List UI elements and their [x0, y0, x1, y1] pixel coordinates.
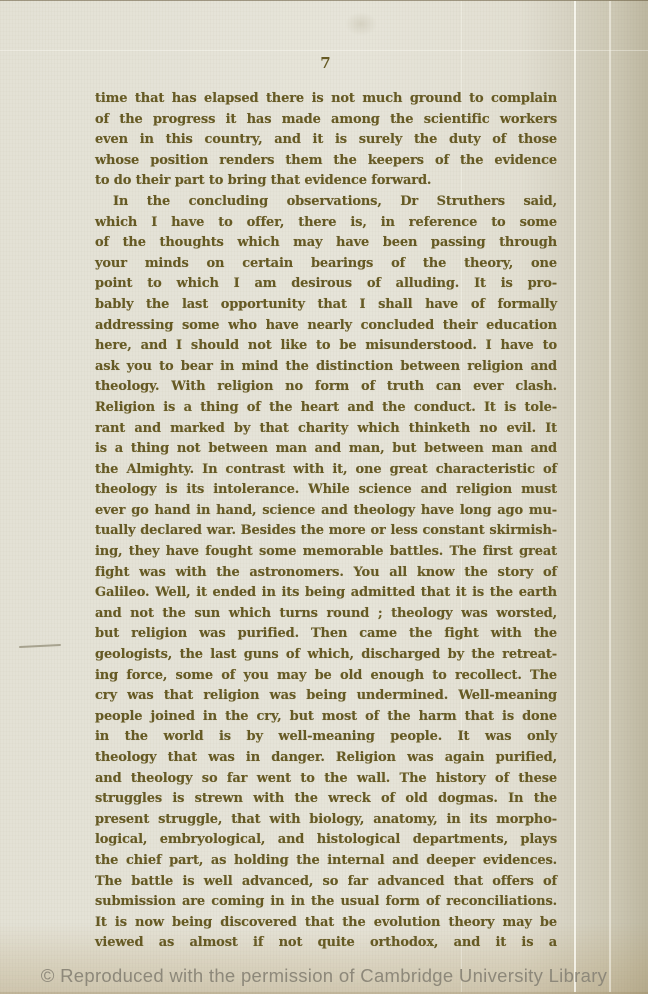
body-text: time that has elapsed there is not much …: [95, 89, 557, 954]
text-line: and theology so far went to the wall. Th…: [95, 769, 557, 790]
text-line: even in this country, and it is surely t…: [95, 130, 557, 151]
paper-smudge: [338, 7, 384, 41]
text-line: Galileo. Well, it ended in its being adm…: [95, 583, 557, 604]
text-line: point to which I am desirous of alluding…: [95, 274, 557, 295]
text-line: tually declared war. Besides the more or…: [95, 521, 557, 542]
text-line: geologists, the last guns of which, disc…: [95, 645, 557, 666]
text-line: It is now being discovered that the evol…: [95, 913, 557, 934]
text-line: people joined in the cry, but most of th…: [95, 707, 557, 728]
text-line: which I have to offer, there is, in refe…: [95, 213, 557, 234]
text-line: of the progress it has made among the sc…: [95, 110, 557, 131]
text-line: of the thoughts which may have been pass…: [95, 233, 557, 254]
text-line: struggles is strewn with the wreck of ol…: [95, 789, 557, 810]
text-line: The battle is well advanced, so far adva…: [95, 872, 557, 893]
text-line: the Almighty. In contrast with it, one g…: [95, 460, 557, 481]
text-line: submission are coming in in the usual fo…: [95, 892, 557, 913]
text-line: In the concluding observations, Dr Strut…: [95, 192, 557, 213]
text-line: fight was with the astronomers. You all …: [95, 563, 557, 584]
text-line: rant and marked by that charity which th…: [95, 419, 557, 440]
text-line: in the world is by well-meaning people. …: [95, 727, 557, 748]
text-line: Religion is a thing of the heart and the…: [95, 398, 557, 419]
text-line: is a thing not between man and man, but …: [95, 439, 557, 460]
scan-crease-soft: [609, 1, 611, 992]
text-line: and not the sun which turns round ; theo…: [95, 604, 557, 625]
text-line: your minds on certain bearings of the th…: [95, 254, 557, 275]
stray-pencil-mark: [19, 644, 61, 648]
text-line: bably the last opportunity that I shall …: [95, 295, 557, 316]
text-line: to do their part to bring that evidence …: [95, 171, 557, 192]
text-line: ing, they have fought some memorable bat…: [95, 542, 557, 563]
page-number: 7: [95, 54, 557, 72]
text-line: ever go hand in hand, science and theolo…: [95, 501, 557, 522]
text-line: addressing some who have nearly conclude…: [95, 316, 557, 337]
text-line: ask you to bear in mind the distinction …: [95, 357, 557, 378]
text-line: here, and I should not like to be misund…: [95, 336, 557, 357]
text-line: theology. With religion no form of truth…: [95, 377, 557, 398]
text-line: whose position renders them the keepers …: [95, 151, 557, 172]
text-line: but religion was purified. Then came the…: [95, 624, 557, 645]
text-line: ing force, some of you may be old enough…: [95, 666, 557, 687]
text-line: logical, embryological, and histological…: [95, 830, 557, 851]
copyright-footer: © Reproduced with the permission of Camb…: [0, 965, 648, 987]
text-line: cry was that religion was being undermin…: [95, 686, 557, 707]
text-line: time that has elapsed there is not much …: [95, 89, 557, 110]
scan-crease-horizontal: [0, 50, 648, 51]
text-line: the chief part, as holding the internal …: [95, 851, 557, 872]
scan-crease-bright: [574, 1, 576, 992]
text-line: present struggle, that with biology, ana…: [95, 810, 557, 831]
text-line: theology is its intolerance. While scien…: [95, 480, 557, 501]
scanned-book-page: 7 time that has elapsed there is not muc…: [0, 0, 648, 994]
text-line: viewed as almost if not quite orthodox, …: [95, 933, 557, 954]
text-line: theology that was in danger. Religion wa…: [95, 748, 557, 769]
